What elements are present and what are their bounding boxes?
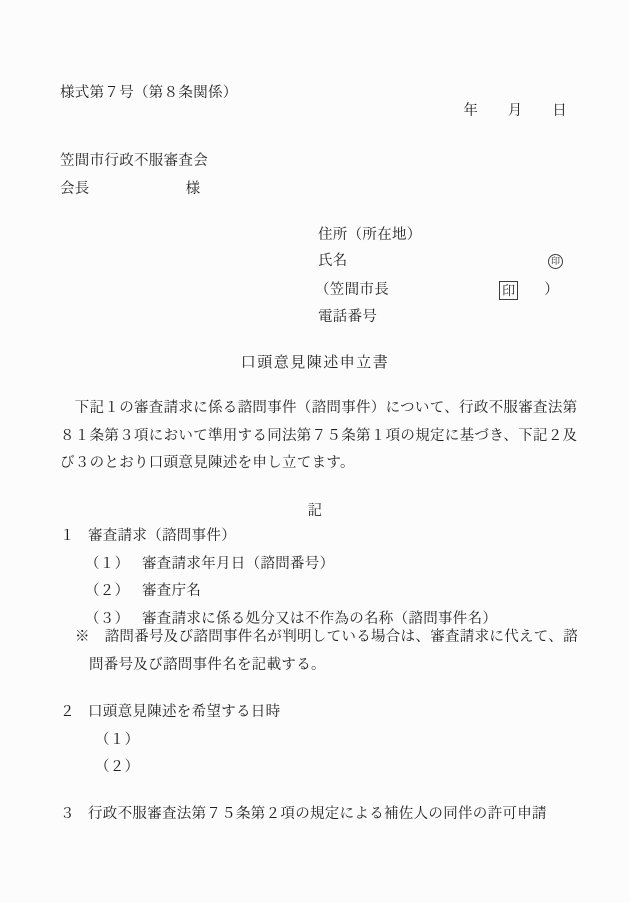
item-1-1-number: （１）	[85, 556, 142, 573]
record-heading: 記	[0, 503, 630, 520]
chair-label: 会長	[60, 181, 90, 197]
mayor-label: （笠間市長	[315, 282, 389, 299]
name-label: 氏名	[318, 253, 348, 270]
section-1-item-1: （１）審査請求年月日（諮問番号）	[85, 556, 334, 573]
name-line: 氏名 印	[318, 253, 563, 270]
section-3-label: 行政不服審査法第７５条第２項の規定による補佐人の同伴の許可申請	[88, 806, 547, 822]
body-line-1: 下記１の審査請求に係る諮問事件（諮問事件）について、行政不服審査法第	[60, 395, 572, 423]
section-1-item-3: （３）審査請求に係る処分又は不作為の名称（諮問事件名）	[85, 611, 497, 628]
section-2-label: 口頭意見陳述を希望する日時	[88, 704, 280, 720]
section-3-number: ３	[60, 806, 88, 823]
section-2-item-2: （２）	[95, 759, 139, 776]
section-1-heading: １審査請求（諮問事件）	[60, 528, 236, 545]
item-1-3-label: 審査請求に係る処分又は不作為の名称（諮問事件名）	[142, 611, 497, 627]
phone-label: 電話番号	[318, 309, 377, 326]
honorific-label: 様	[186, 181, 201, 197]
section-2-item-1: （１）	[95, 732, 139, 749]
body-line-2: ８１条第３項において準用する同法第７５条第１項の規定に基づき、下記２及	[60, 423, 572, 451]
note-line-2: 問番号及び諮問事件名を記載する。	[89, 657, 326, 674]
item-1-2-label: 審査庁名	[142, 583, 201, 599]
document-title: 口頭意見陳述申立書	[0, 355, 630, 372]
body-paragraph: 下記１の審査請求に係る諮問事件（諮問事件）について、行政不服審査法第 ８１条第３…	[60, 395, 572, 478]
item-1-1-label: 審査請求年月日（諮問番号）	[142, 556, 334, 572]
mayor-line: （笠間市長 印 ）	[315, 281, 559, 300]
name-seal-icon: 印	[548, 254, 563, 269]
section-2-number: ２	[60, 704, 88, 721]
item-1-2-number: （２）	[85, 583, 142, 600]
section-1-label: 審査請求（諮問事件）	[88, 528, 236, 544]
item-1-3-number: （３）	[85, 611, 142, 628]
section-2-heading: ２口頭意見陳述を希望する日時	[60, 704, 280, 721]
note-line-1: ※ 諮問番号及び諮問事件名が判明している場合は、審査請求に代えて、諮	[75, 629, 578, 646]
section-1-number: １	[60, 528, 88, 545]
address-label: 住所（所在地）	[318, 227, 422, 244]
section-3-heading: ３行政不服審査法第７５条第２項の規定による補佐人の同伴の許可申請	[60, 806, 547, 823]
section-1-item-2: （２）審査庁名	[85, 583, 201, 600]
mayor-close-paren: ）	[544, 282, 559, 299]
date-line: 年 月 日	[463, 103, 567, 120]
recipient-chair-line: 会長様	[60, 181, 200, 198]
recipient-organization: 笠間市行政不服審査会	[60, 153, 208, 170]
form-number: 様式第７号（第８条関係）	[60, 85, 238, 102]
application-form-page: 様式第７号（第８条関係） 年 月 日 笠間市行政不服審査会 会長様 住所（所在地…	[0, 0, 630, 903]
body-line-3: び３のとおり口頭意見陳述を申し立てます。	[60, 450, 572, 478]
mayor-seal-icon: 印	[499, 281, 518, 300]
